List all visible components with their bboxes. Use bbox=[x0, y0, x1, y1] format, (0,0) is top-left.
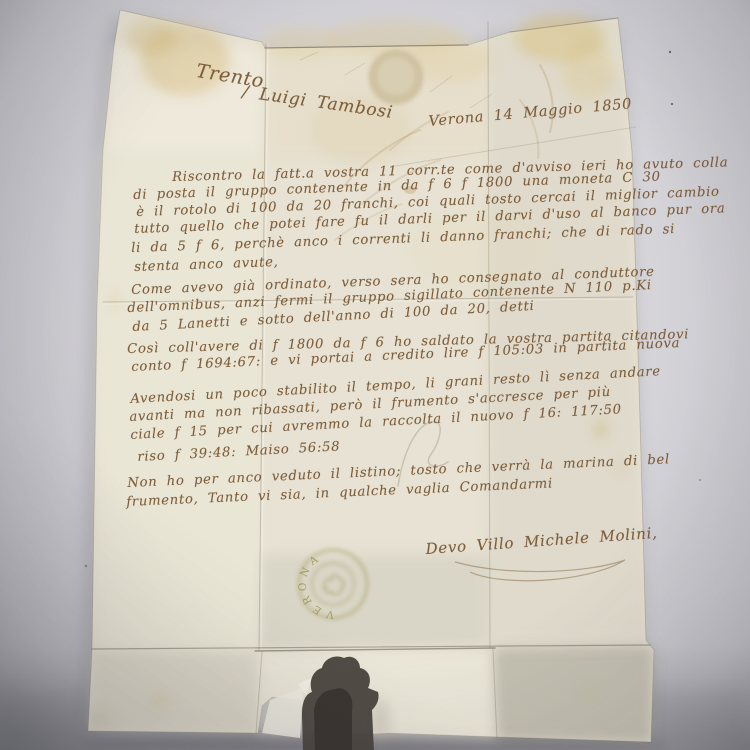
recipient-line-2: / Luigi Tambosi bbox=[241, 82, 394, 123]
body-line-15: riso f 39:48: Maiso 56:58 bbox=[137, 439, 341, 465]
handwriting-layer: Trento / Luigi Tambosi Verona 14 Maggio … bbox=[0, 0, 750, 750]
dateline: Verona 14 Maggio 1850 bbox=[428, 96, 633, 130]
photo-of-letter: VERONA Trento / Luigi Tambosi Verona 14 … bbox=[0, 0, 750, 750]
signature: Devo Villo Michele Molini, bbox=[425, 524, 658, 558]
body-line-6: stenta anco avute, bbox=[134, 255, 279, 275]
